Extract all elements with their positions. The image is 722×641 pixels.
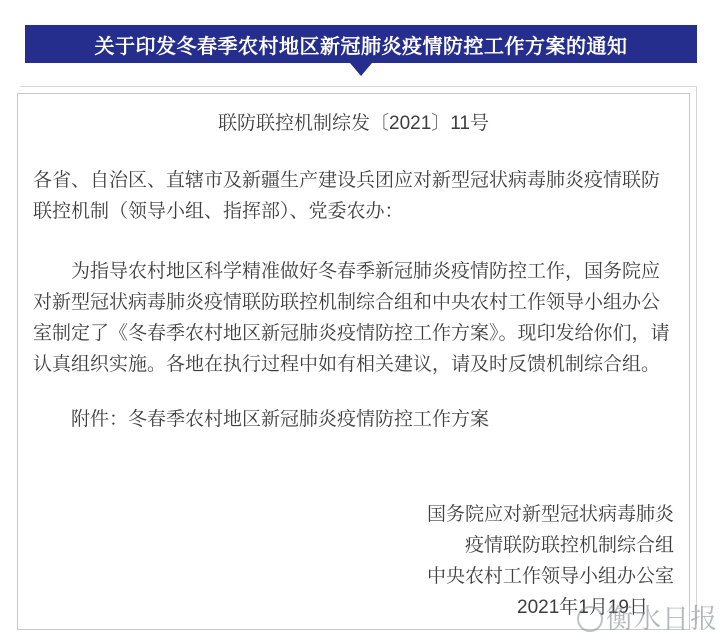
attachment-line: 附件：冬春季农村地区新冠肺炎疫情防控工作方案 — [33, 404, 674, 435]
banner-title: 关于印发冬春季农村地区新冠肺炎疫情防控工作方案的通知 — [95, 30, 628, 59]
signature-line: 中央农村工作领导小组办公室 — [33, 561, 674, 592]
doc-number: 联防联控机制综发〔2021〕11号 — [33, 108, 674, 139]
signature-line: 疫情联防联控机制综合组 — [33, 530, 674, 561]
body-paragraph: 为指导农村地区科学精准做好冬春季新冠肺炎疫情防控工作，国务院应对新型冠状病毒肺炎… — [33, 256, 674, 380]
page: 关于印发冬春季农村地区新冠肺炎疫情防控工作方案的通知 联防联控机制综发〔2021… — [0, 0, 722, 641]
signature-line: 国务院应对新型冠状病毒肺炎 — [33, 499, 674, 530]
date-line: 2021年1月19日 — [33, 592, 648, 623]
document-card: 联防联控机制综发〔2021〕11号 各省、自治区、直辖市及新疆生产建设兵团应对新… — [17, 93, 690, 630]
triangle-down-icon — [350, 63, 372, 76]
signature-block: 国务院应对新型冠状病毒肺炎 疫情联防联控机制综合组 中央农村工作领导小组办公室 … — [33, 499, 674, 623]
notice-title-banner: 关于印发冬春季农村地区新冠肺炎疫情防控工作方案的通知 — [25, 25, 697, 63]
addressee-paragraph: 各省、自治区、直辖市及新疆生产建设兵团应对新型冠状病毒肺炎疫情联防联控机制（领导… — [33, 165, 674, 227]
